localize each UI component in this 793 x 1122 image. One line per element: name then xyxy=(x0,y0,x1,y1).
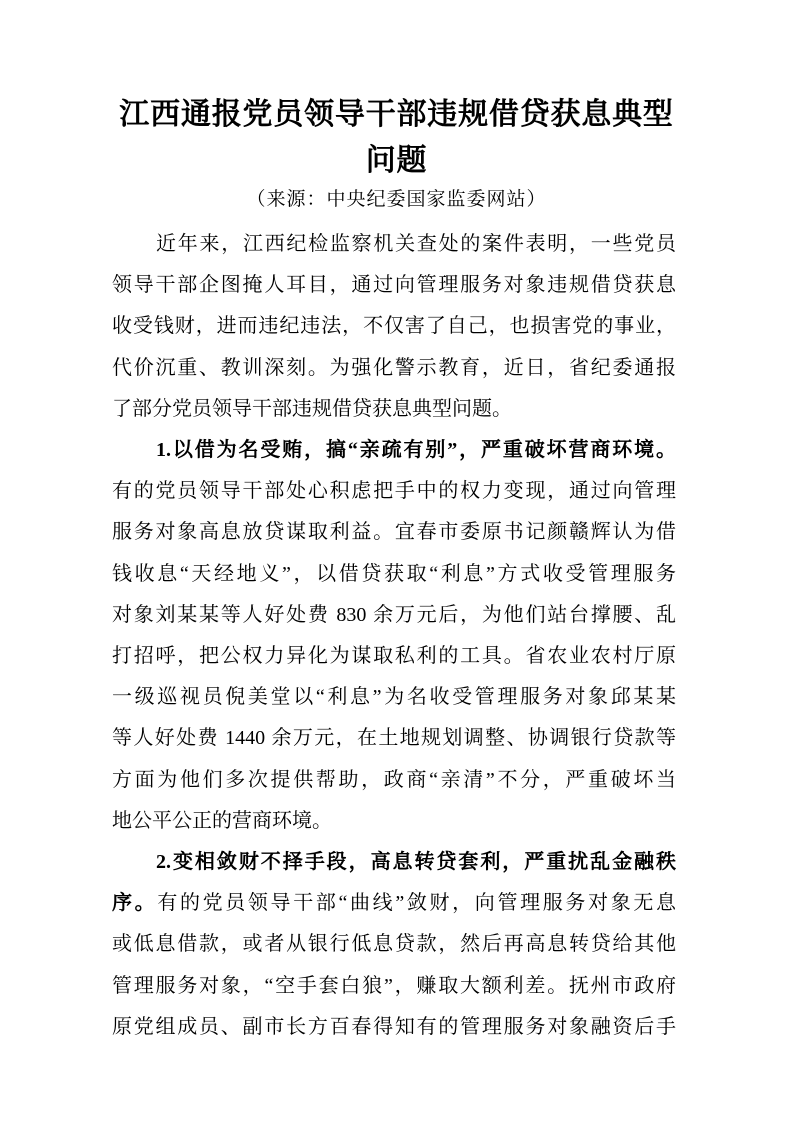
text-line: 代价沉重、教训深刻。为强化警示教育，近日，省纪委通报 xyxy=(112,348,676,389)
text-line: 了部分党员领导干部违规借贷获息典型问题。 xyxy=(112,389,676,430)
text-line: 方面为他们多次提供帮助，政商“亲清”不分，严重破坏当 xyxy=(112,760,676,801)
text-line: 服务对象高息放贷谋取利益。宜春市委原书记颜赣辉认为借 xyxy=(112,512,676,553)
section2-body-start: 有的党员领导干部“曲线”敛财，向管理服务对象无息 xyxy=(157,892,676,914)
text-line: 原党组成员、副市长方百春得知有的管理服务对象融资后手 xyxy=(112,1007,676,1048)
source-line: （来源：中央纪委国家监委网站） xyxy=(0,186,793,213)
text-line: 序。有的党员领导干部“曲线”敛财，向管理服务对象无息 xyxy=(112,883,676,924)
text-line: 一级巡视员倪美堂以“利息”为名收受管理服务对象邱某某 xyxy=(112,677,676,718)
text-line: 打招呼，把公权力异化为谋取私利的工具。省农业农村厅原 xyxy=(112,636,676,677)
text-line: 管理服务对象，“空手套白狼”，赚取大额利差。抚州市政府 xyxy=(112,966,676,1007)
document-title: 江西通报党员领导干部违规借贷获息典型问题 xyxy=(119,0,675,184)
text-line: 钱收息“天经地义”，以借贷获取“利息”方式收受管理服务 xyxy=(112,554,676,595)
section2-heading-tail: 序。 xyxy=(112,892,157,914)
document-body: 近年来，江西纪检监察机关查处的案件表明，一些党员 领导干部企图掩人耳目，通过向管… xyxy=(112,224,676,1048)
document-page: 江西通报党员领导干部违规借贷获息典型问题 （来源：中央纪委国家监委网站） 近年来… xyxy=(0,0,793,1122)
text-line: 对象刘某某等人好处费 830 余万元后，为他们站台撑腰、乱 xyxy=(112,595,676,636)
text-line: 地公平公正的营商环境。 xyxy=(112,801,676,842)
paragraph-section2: 2.变相敛财不择手段，高息转贷套利，严重扰乱金融秩 序。有的党员领导干部“曲线”… xyxy=(112,842,676,1048)
text-line: 等人好处费 1440 余万元，在土地规划调整、协调银行贷款等 xyxy=(112,718,676,759)
text-line: 或低息借款，或者从银行低息贷款，然后再高息转贷给其他 xyxy=(112,924,676,965)
text-line: 收受钱财，进而违纪违法，不仅害了自己，也损害党的事业， xyxy=(112,306,676,347)
text-line: 领导干部企图掩人耳目，通过向管理服务对象违规借贷获息 xyxy=(112,265,676,306)
paragraph-intro: 近年来，江西纪检监察机关查处的案件表明，一些党员 领导干部企图掩人耳目，通过向管… xyxy=(112,224,676,430)
section1-heading: 1.以借为名受贿，搞“亲疏有别”，严重破坏营商环境。 xyxy=(112,430,676,471)
paragraph-section1: 1.以借为名受贿，搞“亲疏有别”，严重破坏营商环境。 有的党员领导干部处心积虑把… xyxy=(112,430,676,842)
text-line: 有的党员领导干部处心积虑把手中的权力变现，通过向管理 xyxy=(112,471,676,512)
section2-heading: 2.变相敛财不择手段，高息转贷套利，严重扰乱金融秩 xyxy=(112,842,676,883)
text-line: 近年来，江西纪检监察机关查处的案件表明，一些党员 xyxy=(112,224,676,265)
